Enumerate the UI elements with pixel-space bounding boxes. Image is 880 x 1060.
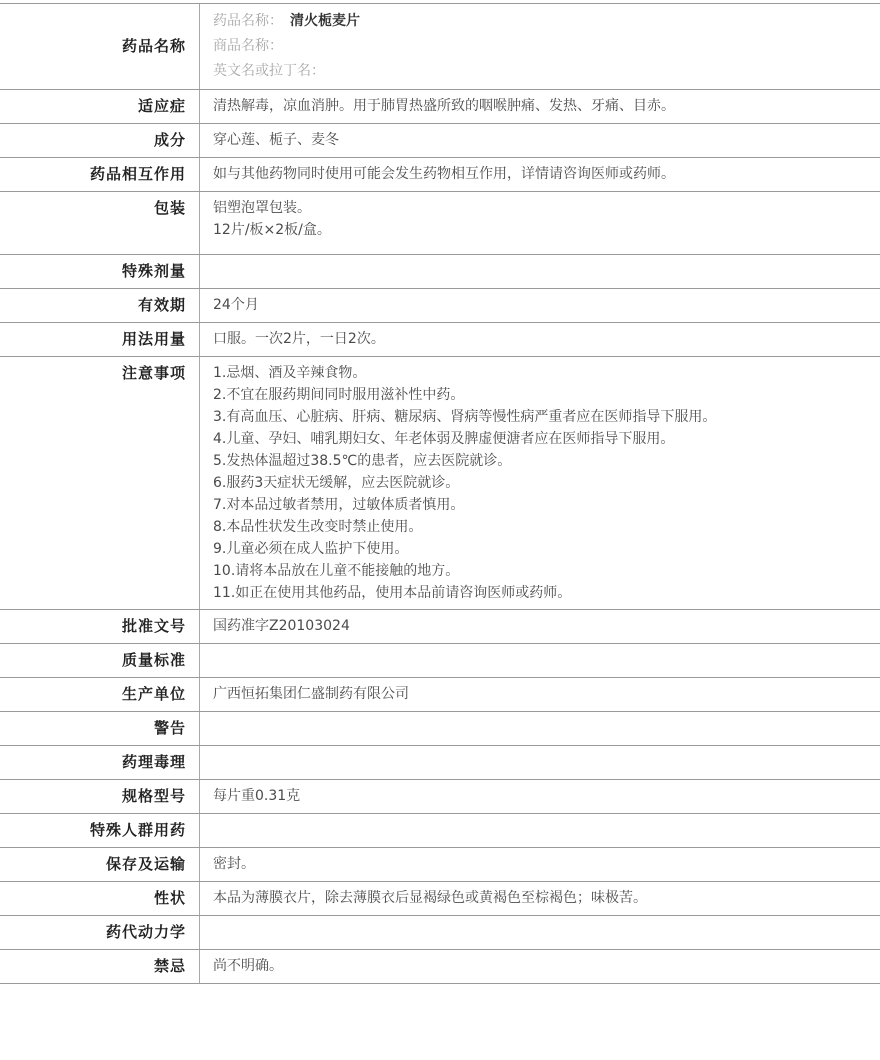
row-label: 药理毒理 [0, 746, 200, 779]
value-line: 7.对本品过敏者禁用，过敏体质者慎用。 [213, 494, 868, 516]
value-line: 6.服药3天症状无缓解，应去医院就诊。 [213, 472, 868, 494]
row-value [200, 814, 880, 847]
value-line: 如与其他药物同时使用可能会发生药物相互作用，详情请咨询医师或药师。 [213, 163, 868, 185]
table-row: 成分 穿心莲、栀子、麦冬 [0, 124, 880, 158]
row-value: 每片重0.31克 [200, 780, 880, 813]
table-row: 保存及运输 密封。 [0, 848, 880, 882]
value-line: 尚不明确。 [213, 955, 868, 977]
row-value: 广西恒拓集团仁盛制药有限公司 [200, 678, 880, 711]
row-value: 如与其他药物同时使用可能会发生药物相互作用，详情请咨询医师或药师。 [200, 158, 880, 191]
table-row: 包装 铝塑泡罩包装。12片/板×2板/盒。 [0, 192, 880, 255]
table-row: 性状 本品为薄膜衣片，除去薄膜衣后显褐绿色或黄褐色至棕褐色；味极苦。 [0, 882, 880, 916]
row-value [200, 255, 880, 288]
value-line: 广西恒拓集团仁盛制药有限公司 [213, 683, 868, 705]
value-line: 清热解毒，凉血消肿。用于肺胃热盛所致的咽喉肿痛、发热、牙痛、目赤。 [213, 95, 868, 117]
row-value: 密封。 [200, 848, 880, 881]
row-value [200, 644, 880, 677]
value-line: 口服。一次2片，一日2次。 [213, 328, 868, 350]
value-line: 11.如正在使用其他药品，使用本品前请咨询医师或药师。 [213, 582, 868, 604]
table-row: 警告 [0, 712, 880, 746]
row-label: 药代动力学 [0, 916, 200, 949]
value-line: 5.发热体温超过38.5℃的患者，应去医院就诊。 [213, 450, 868, 472]
table-row: 药品相互作用 如与其他药物同时使用可能会发生药物相互作用，详情请咨询医师或药师。 [0, 158, 880, 192]
value-line: 铝塑泡罩包装。 [213, 197, 868, 219]
row-value [200, 746, 880, 779]
table-row: 生产单位 广西恒拓集团仁盛制药有限公司 [0, 678, 880, 712]
row-label: 药品相互作用 [0, 158, 200, 191]
value-line: 12片/板×2板/盒。 [213, 219, 868, 241]
row-label: 特殊剂量 [0, 255, 200, 288]
table-rows: 适应症 清热解毒，凉血消肿。用于肺胃热盛所致的咽喉肿痛、发热、牙痛、目赤。 成分… [0, 90, 880, 984]
table-row: 禁忌 尚不明确。 [0, 950, 880, 984]
value-line: 密封。 [213, 853, 868, 875]
value-line: 24个月 [213, 294, 868, 316]
row-label: 规格型号 [0, 780, 200, 813]
value-line: 穿心莲、栀子、麦冬 [213, 129, 868, 151]
row-value: 本品为薄膜衣片，除去薄膜衣后显褐绿色或黄褐色至棕褐色；味极苦。 [200, 882, 880, 915]
table-row: 特殊人群用药 [0, 814, 880, 848]
value-line: 9.儿童必须在成人监护下使用。 [213, 538, 868, 560]
row-label: 禁忌 [0, 950, 200, 983]
value-line: 药品名称：清火栀麦片 [213, 9, 868, 34]
row-value: 国药准字Z20103024 [200, 610, 880, 643]
row-label: 特殊人群用药 [0, 814, 200, 847]
row-value: 尚不明确。 [200, 950, 880, 983]
drug-detail-table: 药品名称 药品名称：清火栀麦片 商品名称： 英文名或拉丁名： 适应症 清热解毒，… [0, 3, 880, 984]
drug-name-value: 清火栀麦片 [290, 13, 360, 29]
value-line: 3.有高血压、心脏病、肝病、糖尿病、肾病等慢性病严重者应在医师指导下服用。 [213, 406, 868, 428]
value-line: 商品名称： [213, 34, 868, 59]
table-row: 用法用量 口服。一次2片，一日2次。 [0, 323, 880, 357]
value-line: 1.忌烟、酒及辛辣食物。 [213, 362, 868, 384]
row-label: 警告 [0, 712, 200, 745]
row-value: 铝塑泡罩包装。12片/板×2板/盒。 [200, 192, 880, 254]
table-row: 注意事项 1.忌烟、酒及辛辣食物。2.不宜在服药期间同时服用滋补性中药。3.有高… [0, 357, 880, 610]
row-value: 穿心莲、栀子、麦冬 [200, 124, 880, 157]
row-value [200, 916, 880, 949]
value-line: 国药准字Z20103024 [213, 615, 868, 637]
row-label: 包装 [0, 192, 200, 254]
row-value: 1.忌烟、酒及辛辣食物。2.不宜在服药期间同时服用滋补性中药。3.有高血压、心脏… [200, 357, 880, 609]
table-row: 适应症 清热解毒，凉血消肿。用于肺胃热盛所致的咽喉肿痛、发热、牙痛、目赤。 [0, 90, 880, 124]
row-label: 生产单位 [0, 678, 200, 711]
row-label: 有效期 [0, 289, 200, 322]
table-row: 规格型号 每片重0.31克 [0, 780, 880, 814]
row-label: 用法用量 [0, 323, 200, 356]
table-row-drug-name: 药品名称 药品名称：清火栀麦片 商品名称： 英文名或拉丁名： [0, 4, 880, 90]
row-value: 清热解毒，凉血消肿。用于肺胃热盛所致的咽喉肿痛、发热、牙痛、目赤。 [200, 90, 880, 123]
field-prefix-drug-name: 药品名称： [213, 13, 283, 29]
value-line: 4.儿童、孕妇、哺乳期妇女、年老体弱及脾虚便溏者应在医师指导下服用。 [213, 428, 868, 450]
value-line: 2.不宜在服药期间同时服用滋补性中药。 [213, 384, 868, 406]
table-row: 批准文号 国药准字Z20103024 [0, 610, 880, 644]
value-line: 8.本品性状发生改变时禁止使用。 [213, 516, 868, 538]
table-row: 药理毒理 [0, 746, 880, 780]
row-label: 成分 [0, 124, 200, 157]
row-label: 保存及运输 [0, 848, 200, 881]
value-line: 英文名或拉丁名： [213, 59, 868, 84]
table-row: 有效期 24个月 [0, 289, 880, 323]
value-line: 本品为薄膜衣片，除去薄膜衣后显褐绿色或黄褐色至棕褐色；味极苦。 [213, 887, 868, 909]
row-label: 注意事项 [0, 357, 200, 609]
table-row: 质量标准 [0, 644, 880, 678]
value-line: 10.请将本品放在儿童不能接触的地方。 [213, 560, 868, 582]
field-prefix-trade-name: 商品名称： [213, 38, 283, 54]
row-value: 药品名称：清火栀麦片 商品名称： 英文名或拉丁名： [200, 4, 880, 89]
field-prefix-latin-name: 英文名或拉丁名： [213, 63, 325, 79]
row-value [200, 712, 880, 745]
row-label: 批准文号 [0, 610, 200, 643]
row-label: 适应症 [0, 90, 200, 123]
value-line: 每片重0.31克 [213, 785, 868, 807]
row-label: 性状 [0, 882, 200, 915]
table-row: 药代动力学 [0, 916, 880, 950]
row-value: 24个月 [200, 289, 880, 322]
row-label: 药品名称 [0, 4, 200, 89]
row-label: 质量标准 [0, 644, 200, 677]
row-value: 口服。一次2片，一日2次。 [200, 323, 880, 356]
table-row: 特殊剂量 [0, 255, 880, 289]
